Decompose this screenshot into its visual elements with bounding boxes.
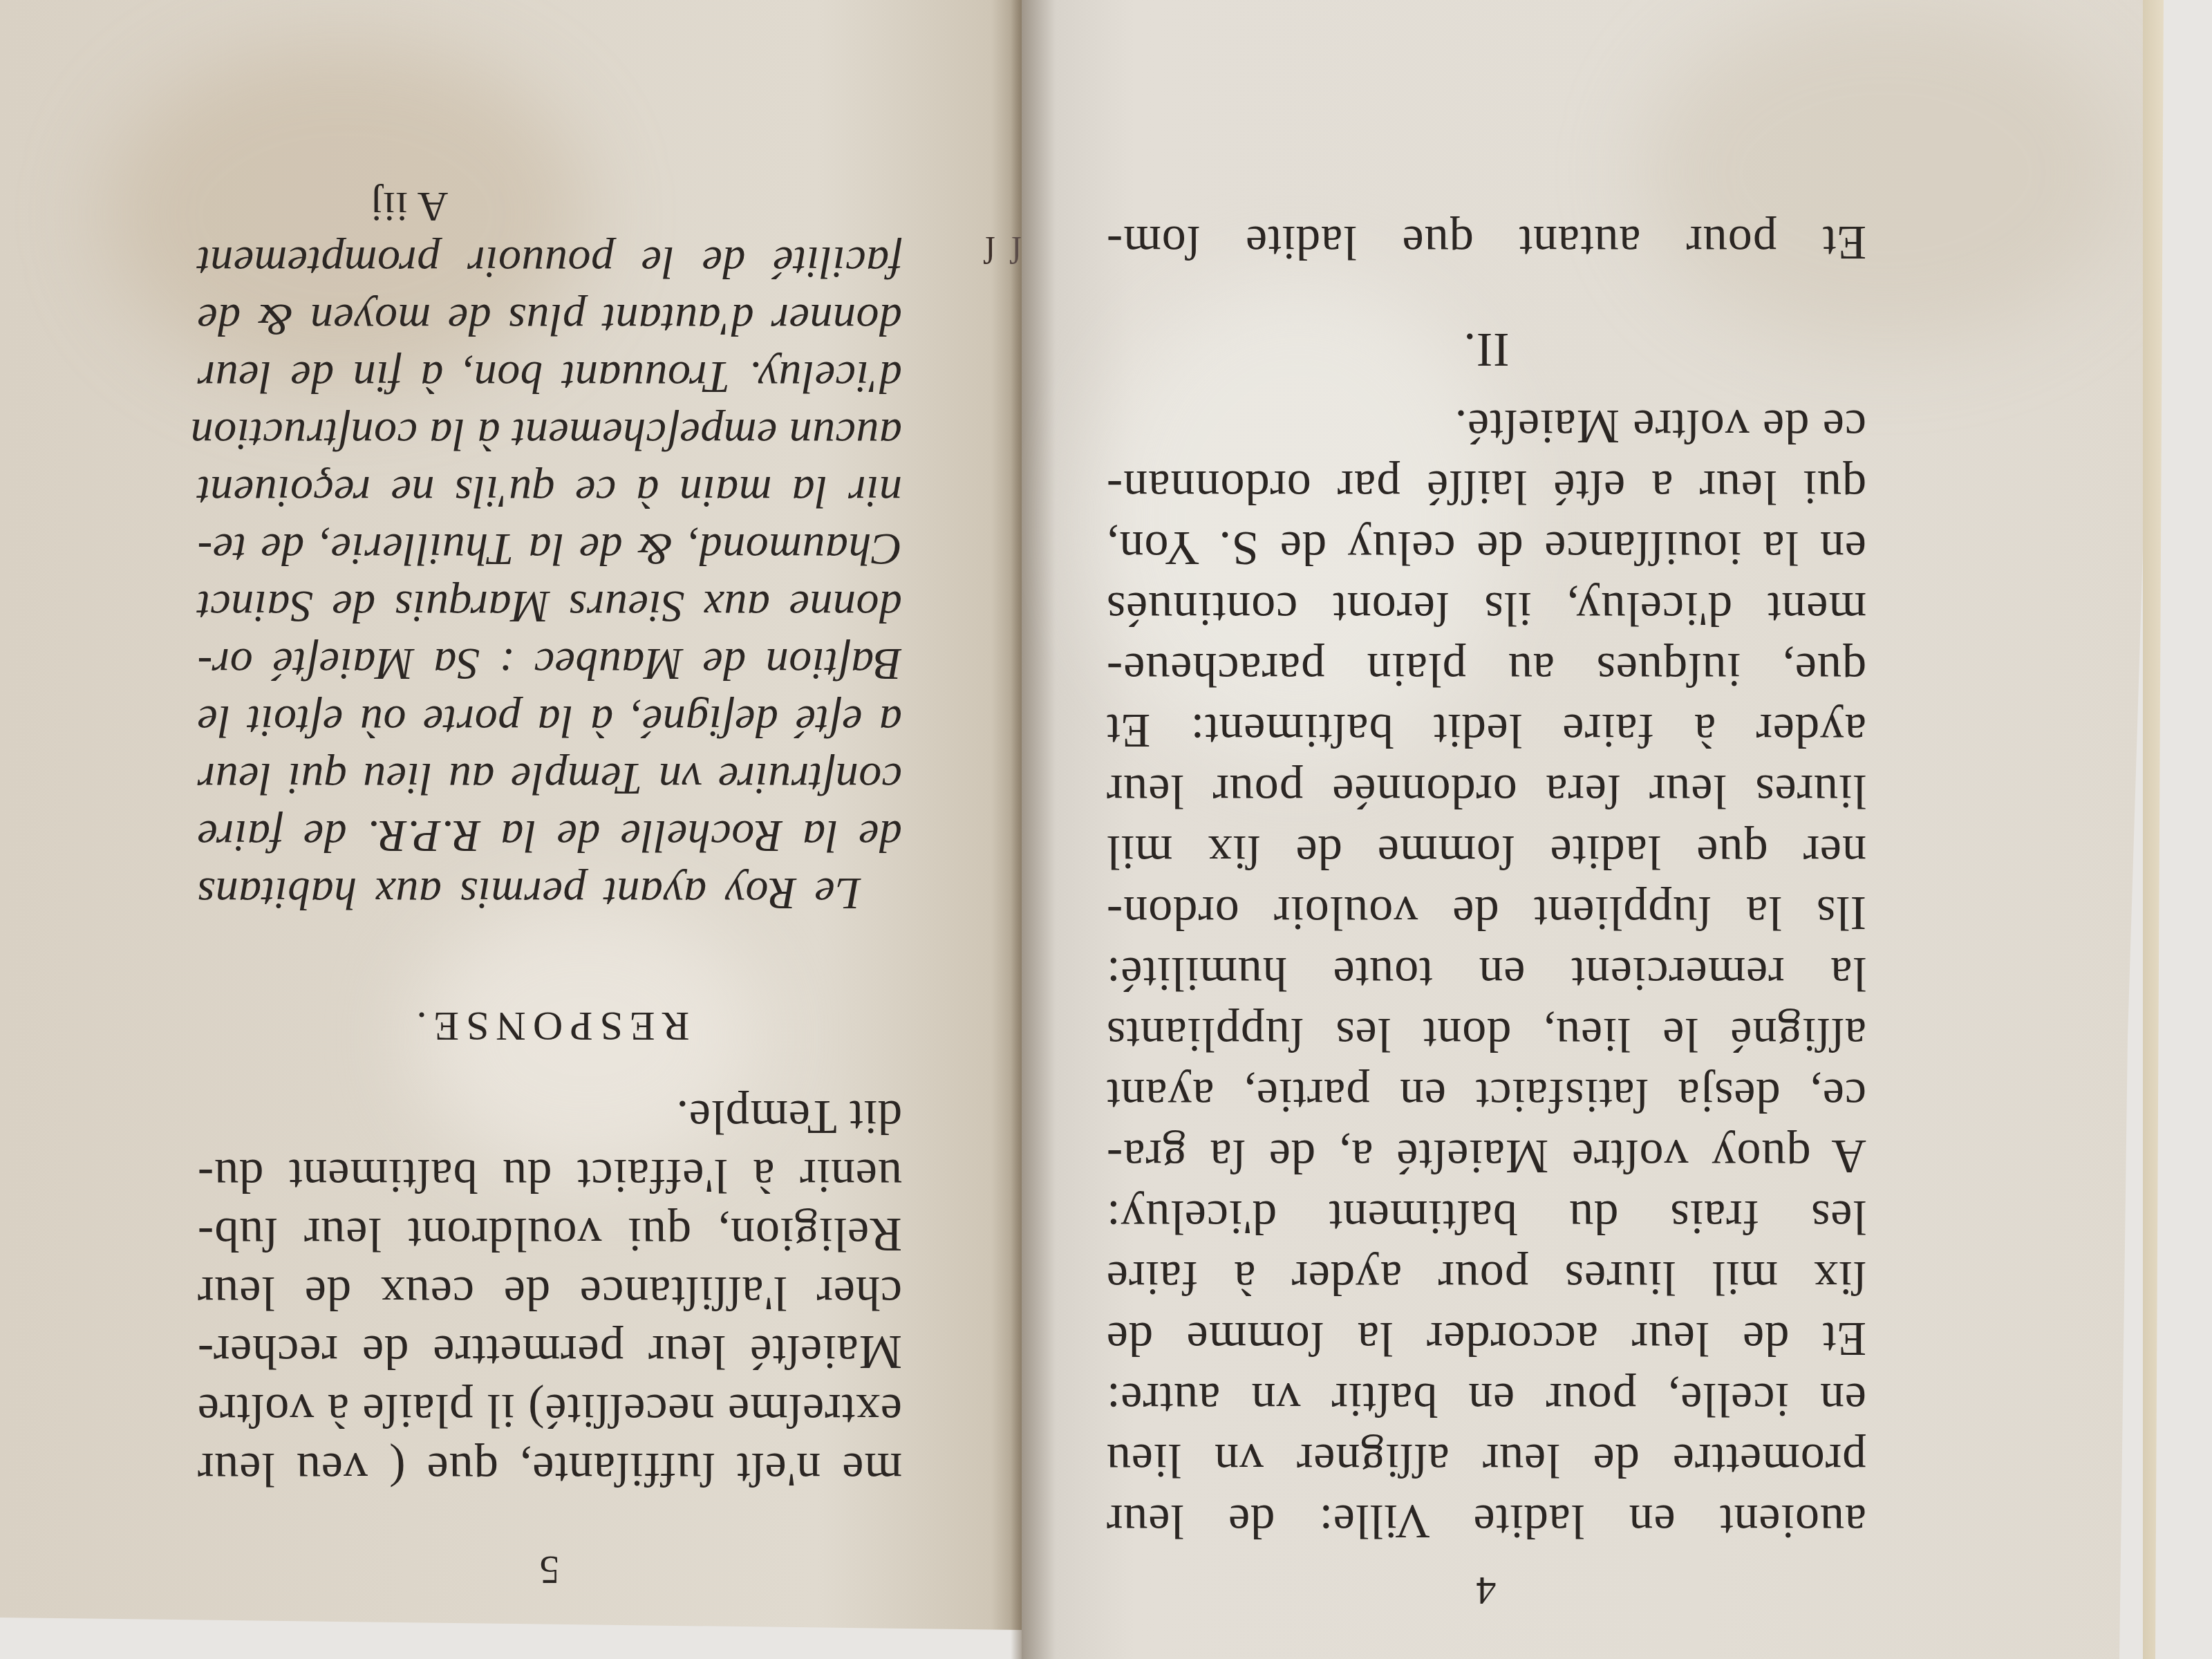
text-line: en icelle, pour en baſtir vn autre: xyxy=(1106,1375,1866,1423)
text-line: Maieſté leur permettre de recher- xyxy=(197,1327,902,1376)
text-line: aſſigné le lieu, dont les ſuppliants xyxy=(1106,1010,1866,1058)
page-number: 5 xyxy=(197,1550,902,1590)
signature-mark: A iij xyxy=(197,185,902,228)
text-line: que, iuſques au plain paracheue- xyxy=(1106,645,1866,693)
text-line: conſtruire vn Temple au lieu qui leur xyxy=(197,756,902,801)
right-page: 4 auoient en ladite Ville: de leur prome… xyxy=(1022,0,2155,1659)
text-line: Et de leur accorder la ſomme de xyxy=(1106,1314,1866,1362)
text-line: qui leur a eſté laiſſé par ordonnan- xyxy=(1106,462,1866,511)
stitch-mark: ſ xyxy=(1011,228,1022,271)
text-line: donner d'autant plus de moyen & de xyxy=(197,297,902,342)
text-line: de la Rochelle de la R.P.R. de faire xyxy=(197,813,902,859)
text-line: ce, desja ſatisfaict en partie, ayant xyxy=(1106,1071,1866,1119)
text-line: uenir à l'effaict du baſtiment du- xyxy=(197,1151,902,1199)
text-line: les frais du baſtiment d'iceluy: xyxy=(1106,1192,1866,1241)
text-line: A quoy voſtre Maieſté a, de ſa gra- xyxy=(1106,1132,1866,1180)
text-line: en la iouiſſance de celuy de S. Yon, xyxy=(1106,523,1866,572)
text-line: a eſté deſigné, à la porte où eſtoit le xyxy=(197,698,902,744)
text-line: ner que ladite ſomme de ſix mil xyxy=(1106,827,1866,876)
text-line: Religion, qui vouldront leur ſub- xyxy=(197,1210,902,1258)
left-page: 5 me n'eſt ſuffiſante, que ( veu leur ex… xyxy=(0,0,1022,1659)
text-line: donne aux Sieurs Marquis de Sainct xyxy=(197,583,902,629)
section-heading: RESPONSE. xyxy=(197,1006,902,1047)
text-line: la remercient en toute humilité: xyxy=(1106,949,1866,997)
text-line: facilité de le pouuoir promptement xyxy=(197,239,902,285)
text-line: liures leur ſera ordonnée pour leur xyxy=(1106,767,1866,815)
text-line: aucun empeſchement à la conſtruction xyxy=(197,411,902,457)
text-line: extreſme neceſſité) il plaiſe à voſtre xyxy=(197,1386,902,1434)
text-line: me n'eſt ſuffiſante, que ( veu leur xyxy=(197,1445,902,1493)
text-line: Baſtion de Maubec : Sa Maieſté or- xyxy=(197,641,902,686)
text-line: Ils la ſupplient de vouloir ordon- xyxy=(1106,888,1866,937)
text-line: cher l'aſſiſtance de ceux de leur xyxy=(197,1268,902,1317)
left-page-text-block: 5 me n'eſt ſuffiſante, que ( veu leur ex… xyxy=(197,159,902,1493)
page-number: 4 xyxy=(1106,1571,1866,1611)
text-line: promettre de leur aſſigner vn lieu xyxy=(1106,1436,1866,1484)
text-line: d'iceluy. Trouuant bon, à fin de leur xyxy=(197,354,902,400)
text-line: ment d'iceluy, ils ſeront continués xyxy=(1106,584,1866,632)
text-line: ayder à faire ledit baſtiment: Et xyxy=(1106,706,1866,754)
text-line: Chaumond, & de la Thuillerie, de te- xyxy=(197,526,902,572)
text-line: Le Roy ayant permis aux habitans xyxy=(197,870,902,916)
right-page-text-block: 4 auoient en ladite Ville: de leur prome… xyxy=(1106,207,1866,1631)
text-line: nir la main à ce qu'ils ne reçoiuent xyxy=(197,469,902,514)
text-line: dit Temple. xyxy=(197,1092,902,1141)
text-line: auoient en ladite Ville: de leur xyxy=(1106,1497,1866,1545)
section-number: II. xyxy=(1106,325,1866,373)
text-line: ſix mil liures pour ayder à faire xyxy=(1106,1253,1866,1302)
text-line: ce de voſtre Maieſté. xyxy=(1106,402,1866,450)
stitch-mark: ſ xyxy=(985,228,995,271)
text-line: Et pour autant que ladite ſom- xyxy=(1106,218,1866,266)
